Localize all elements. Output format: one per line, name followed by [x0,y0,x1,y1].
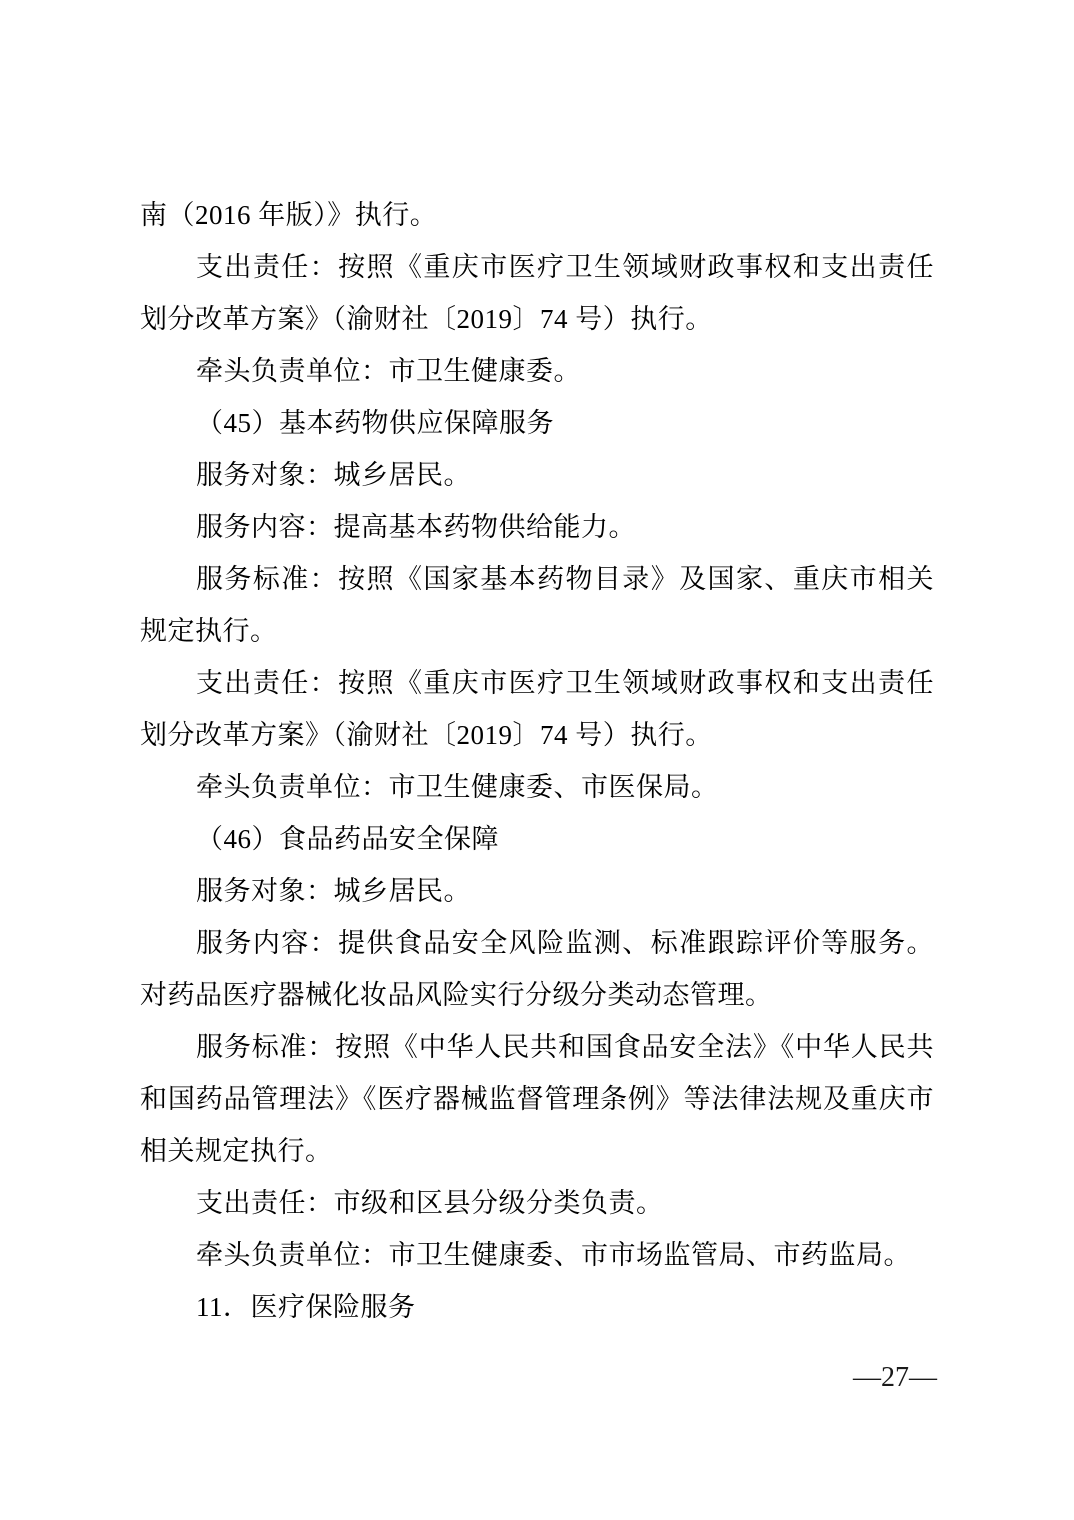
text-line: 划分改革方案》（渝财社〔2019〕74 号）执行。 [140,293,934,345]
text-line: 服务对象：城乡居民。 [140,449,934,501]
text-line: 服务对象：城乡居民。 [140,865,934,917]
text-line: 支出责任：按照《重庆市医疗卫生领域财政事权和支出责任 [140,657,934,709]
text-line: 牵头负责单位：市卫生健康委。 [140,345,934,397]
text-line: 牵头负责单位：市卫生健康委、市市场监管局、市药监局。 [140,1229,934,1281]
text-line: 牵头负责单位：市卫生健康委、市医保局。 [140,761,934,813]
text-line: 对药品医疗器械化妆品风险实行分级分类动态管理。 [140,969,934,1021]
text-line: 划分改革方案》（渝财社〔2019〕74 号）执行。 [140,709,934,761]
page-number: —27— [853,1361,937,1395]
text-line: 11．医疗保险服务 [140,1281,934,1333]
text-line: 南（2016 年版）》执行。 [140,189,934,241]
text-line: 规定执行。 [140,605,934,657]
document-body-text: 南（2016 年版）》执行。 支出责任：按照《重庆市医疗卫生领域财政事权和支出责… [140,189,934,1333]
text-line: 服务标准：按照《中华人民共和国食品安全法》《中华人民共 [140,1021,934,1073]
text-line: 服务内容：提高基本药物供给能力。 [140,501,934,553]
text-line: 和国药品管理法》《医疗器械监督管理条例》等法律法规及重庆市 [140,1073,934,1125]
text-line: 服务标准：按照《国家基本药物目录》及国家、重庆市相关 [140,553,934,605]
text-line: 服务内容：提供食品安全风险监测、标准跟踪评价等服务。 [140,917,934,969]
document-page: 南（2016 年版）》执行。 支出责任：按照《重庆市医疗卫生领域财政事权和支出责… [0,0,1074,1520]
text-line: （45）基本药物供应保障服务 [140,397,934,449]
text-line: 相关规定执行。 [140,1125,934,1177]
text-line: 支出责任：按照《重庆市医疗卫生领域财政事权和支出责任 [140,241,934,293]
text-line: 支出责任：市级和区县分级分类负责。 [140,1177,934,1229]
text-line: （46）食品药品安全保障 [140,813,934,865]
